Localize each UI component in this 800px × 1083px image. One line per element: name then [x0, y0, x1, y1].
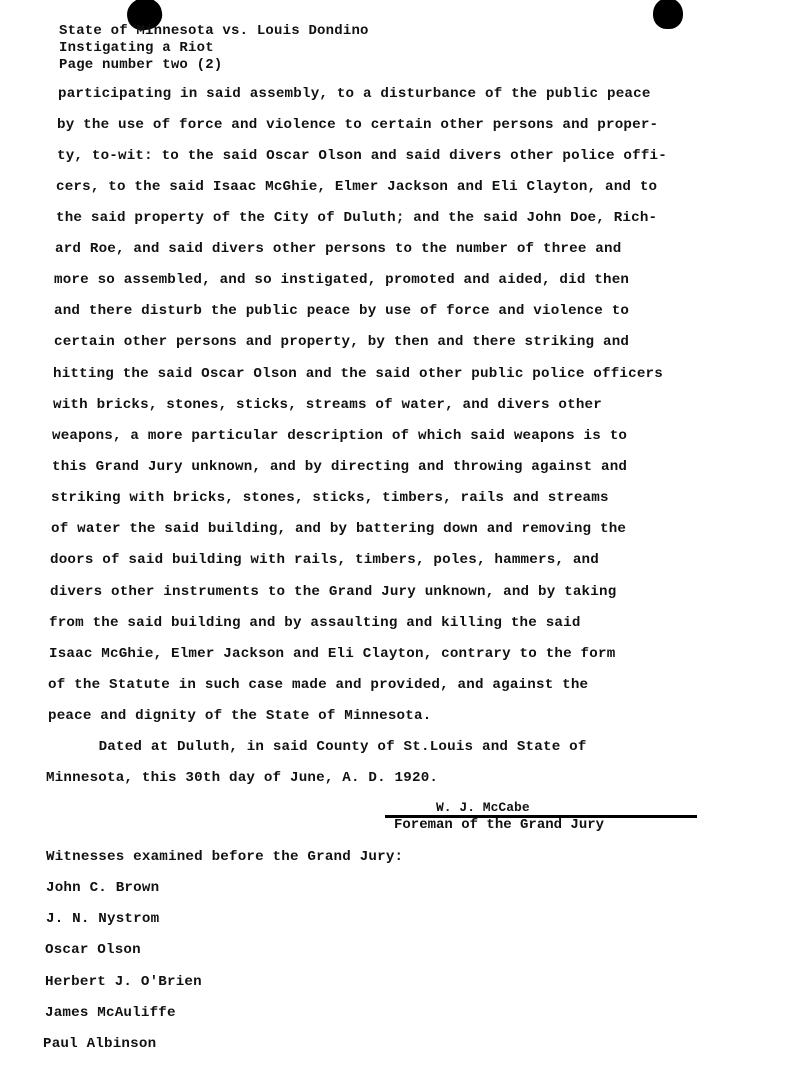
page-label: Page number two (2): [59, 57, 222, 73]
body-line: this Grand Jury unknown, and by directin…: [52, 459, 627, 475]
dated-line-2: Minnesota, this 30th day of June, A. D. …: [46, 770, 438, 786]
body-line: hitting the said Oscar Olson and the sai…: [53, 366, 663, 382]
body-line: the said property of the City of Duluth;…: [56, 210, 657, 226]
case-title: State of Minnesota vs. Louis Dondino: [59, 23, 369, 39]
body-line: and there disturb the public peace by us…: [54, 303, 629, 319]
body-line: weapons, a more particular description o…: [52, 428, 627, 444]
body-line: by the use of force and violence to cert…: [57, 117, 658, 133]
body-line: divers other instruments to the Grand Ju…: [50, 584, 616, 600]
body-line: certain other persons and property, by t…: [54, 334, 629, 350]
charge-title: Instigating a Riot: [59, 40, 214, 56]
dated-line-1: Dated at Duluth, in said County of St.Lo…: [55, 739, 587, 755]
witness-heading: Witnesses examined before the Grand Jury…: [46, 849, 403, 865]
signature-title: Foreman of the Grand Jury: [394, 817, 604, 833]
body-line: with bricks, stones, sticks, streams of …: [53, 397, 602, 413]
body-line: ard Roe, and said divers other persons t…: [55, 241, 621, 257]
body-line: from the said building and by assaulting…: [49, 615, 581, 631]
witness-name: Paul Albinson: [43, 1036, 156, 1052]
body-line: doors of said building with rails, timbe…: [50, 552, 599, 568]
body-line: of water the said building, and by batte…: [51, 521, 626, 537]
body-line: ty, to-wit: to the said Oscar Olson and …: [57, 148, 667, 164]
witness-name: Herbert J. O'Brien: [45, 974, 202, 990]
body-line: peace and dignity of the State of Minnes…: [48, 708, 431, 724]
body-line: more so assembled, and so instigated, pr…: [54, 272, 629, 288]
body-line: striking with bricks, stones, sticks, ti…: [51, 490, 609, 506]
body-line: of the Statute in such case made and pro…: [48, 677, 588, 693]
body-line: participating in said assembly, to a dis…: [58, 86, 651, 102]
witness-name: John C. Brown: [46, 880, 159, 896]
witness-name: J. N. Nystrom: [46, 911, 159, 927]
witness-name: James McAuliffe: [45, 1005, 176, 1021]
punch-hole-right: [653, 0, 683, 29]
body-line: cers, to the said Isaac McGhie, Elmer Ja…: [56, 179, 657, 195]
body-line: Isaac McGhie, Elmer Jackson and Eli Clay…: [49, 646, 615, 662]
signature-name: W. J. McCabe: [436, 800, 530, 815]
witness-name: Oscar Olson: [45, 942, 141, 958]
